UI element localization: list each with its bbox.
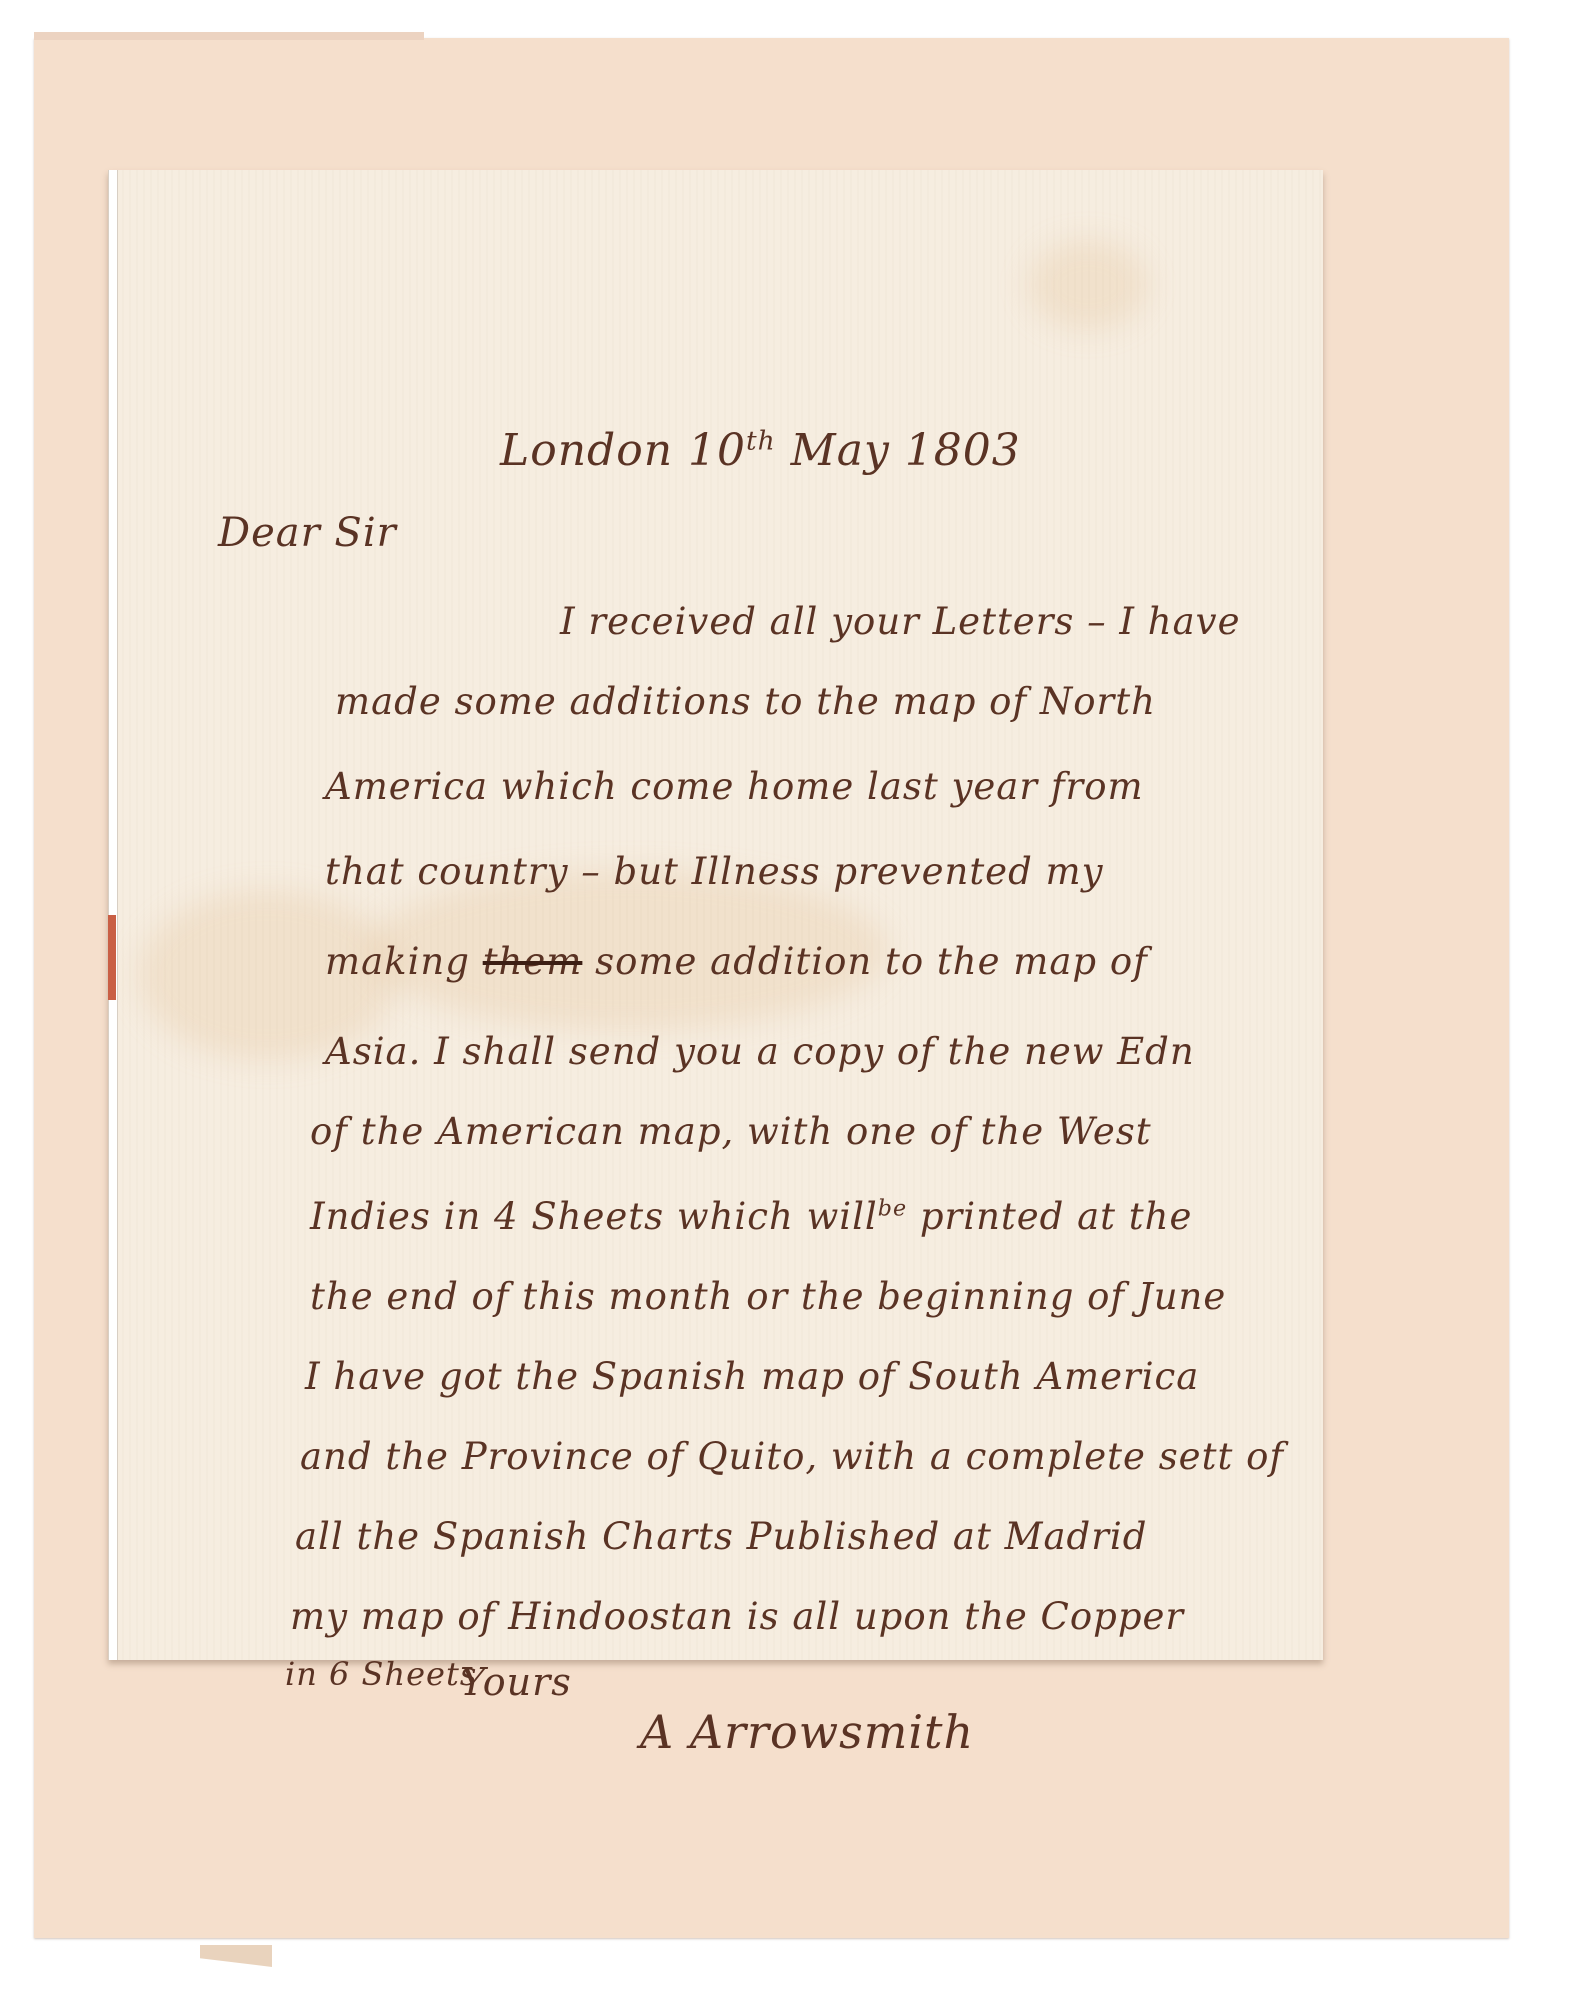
body-line: America which come home last year from [325,765,1144,808]
body-line: the end of this month or the beginning o… [310,1275,1226,1318]
body-line-with-insert: Indies in 4 Sheets which willbe printed … [310,1195,1192,1238]
body-line: Asia. I shall send you a copy of the new… [325,1030,1195,1073]
date-year: 1803 [905,425,1021,476]
body-line: all the Spanish Charts Published at Madr… [295,1515,1147,1558]
body-line: made some additions to the map of North [335,680,1156,723]
signature: A Arrowsmith [640,1705,974,1759]
salutation: Dear Sir [218,510,397,556]
body-line: I received all your Letters – I have [560,600,1240,643]
line5-rest: some addition to the map of [595,940,1148,983]
body-line: my map of Hindoostan is all upon the Cop… [290,1595,1184,1638]
body-line: I have got the Spanish map of South Amer… [305,1355,1199,1398]
body-line-with-strike: making them some addition to the map of [325,940,1148,983]
dateline: London 10th May 1803 [500,425,1021,476]
foxing-stain [1028,240,1148,330]
seal-trace [108,915,116,1000]
mount-fold [34,32,424,40]
word-making: making [325,940,470,983]
body-line: of the American map, with one of the Wes… [310,1110,1152,1153]
date-place: London [500,425,673,476]
body-line: that country – but Illness prevented my [325,850,1104,893]
date-month: May [791,425,890,476]
closing: Yours [460,1660,572,1704]
date-day: 10 [688,425,746,476]
line8-end: printed at the [920,1195,1193,1238]
struck-word: them [483,940,583,983]
line8-start: Indies in 4 Sheets which will [310,1195,878,1238]
mount-flap [200,1945,272,1967]
body-line: and the Province of Quito, with a comple… [300,1435,1284,1478]
body-line: in 6 Sheets [285,1655,477,1693]
inserted-word: be [878,1196,907,1222]
date-day-suffix: th [746,425,776,456]
